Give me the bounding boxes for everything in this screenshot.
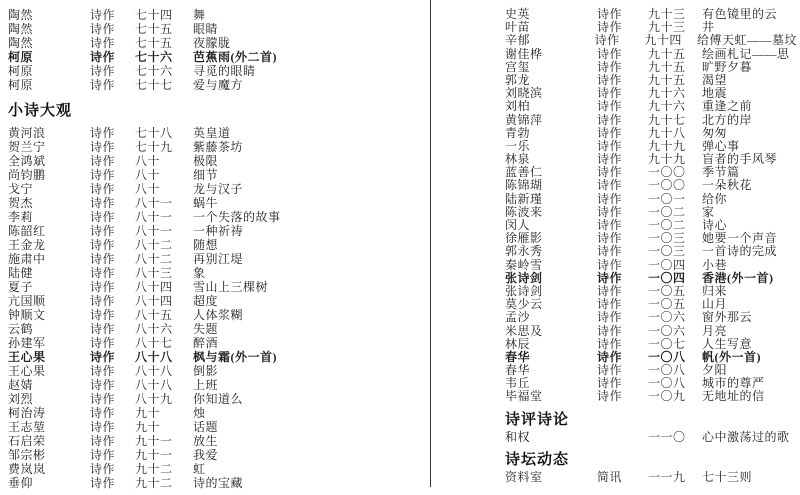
poem-title: 芭蕉雨(外二首) — [193, 50, 428, 64]
author-name: 谢佳桦 — [505, 48, 597, 61]
poem-title: 夜朦胧 — [193, 36, 428, 50]
poem-title: 枫与霜(外一首) — [193, 350, 428, 364]
column-divider — [430, 0, 431, 487]
poem-title: 有色镜里的云 — [702, 8, 797, 21]
page-number: 八十一 — [135, 210, 193, 224]
toc-row: 辛郁诗作九十四给傅天虹——墓坟 — [505, 34, 797, 47]
author-name: 钟顺文 — [8, 308, 90, 322]
author-name: 宫玺 — [505, 61, 597, 74]
page-number: 七十七 — [135, 78, 193, 92]
page-number: 八十三 — [135, 266, 193, 280]
toc-row: 王心果诗作八十八枫与霜(外一首) — [8, 350, 428, 364]
author-name: 黄河浪 — [8, 126, 90, 140]
toc-row: 谢佳桦诗作九十五绘画札记——思 — [505, 48, 797, 61]
author-name: 王金龙 — [8, 238, 90, 252]
page-number: 九十四 — [644, 34, 697, 47]
toc-row: 尚钧鹏诗作八十细节 — [8, 168, 428, 182]
genre-label: 诗作 — [597, 245, 648, 258]
poem-title: 随想 — [193, 238, 428, 252]
page-number: 七十八 — [135, 126, 193, 140]
author-name: 贺杰 — [8, 196, 90, 210]
page-number: 一〇〇 — [648, 179, 702, 192]
page-number: 七十六 — [135, 50, 193, 64]
poem-title: 龙与汉子 — [193, 182, 428, 196]
poem-title: 匆匆 — [702, 127, 797, 140]
genre-label: 诗作 — [90, 420, 135, 434]
genre-label: 诗作 — [90, 476, 135, 490]
poem-title: 眼睛 — [193, 22, 428, 36]
section-header: 小诗大观 — [8, 102, 428, 120]
author-name: 柯原 — [8, 78, 90, 92]
author-name: 林辰 — [505, 338, 597, 351]
genre-label: 诗作 — [90, 322, 135, 336]
toc-row: 戈宁诗作八十龙与汉子 — [8, 182, 428, 196]
page-number: 一〇七 — [648, 338, 702, 351]
author-name: 张诗剑 — [505, 272, 597, 285]
author-name: 辛郁 — [505, 34, 595, 47]
poem-title: 你知道么 — [193, 392, 428, 406]
toc-row: 钟顺文诗作八十五人体浆糊 — [8, 308, 428, 322]
poem-title: 诗的宝藏 — [193, 476, 428, 490]
author-name: 夏子 — [8, 280, 90, 294]
toc-row: 王志堃诗作九十话题 — [8, 420, 428, 434]
poem-title: 醉酒 — [193, 336, 428, 350]
poem-title: 雪山上三棵树 — [193, 280, 428, 294]
genre-label: 诗作 — [597, 390, 648, 403]
poem-title: 英皇道 — [193, 126, 428, 140]
toc-row: 夏子诗作八十四雪山上三棵树 — [8, 280, 428, 294]
toc-row: 陶然诗作七十五夜朦胧 — [8, 36, 428, 50]
page-number: 八十一 — [135, 196, 193, 210]
author-name: 陈锦瑚 — [505, 179, 597, 192]
toc-row: 柯原诗作七十七爱与魔方 — [8, 78, 428, 92]
section-header: 诗坛动态 — [505, 451, 797, 469]
genre-label: 诗作 — [597, 259, 648, 272]
toc-row: 刘烈诗作八十九你知道么 — [8, 392, 428, 406]
poem-title: 重逢之前 — [702, 100, 797, 113]
genre-label: 诗作 — [597, 100, 648, 113]
page-number: 九十五 — [648, 61, 702, 74]
page-number: 八十一 — [135, 224, 193, 238]
author-name: 王心果 — [8, 364, 90, 378]
page-number: 九十二 — [135, 476, 193, 490]
toc-row: 陈锦瑚诗作一〇〇一朵秋花 — [505, 179, 797, 192]
page-number: 一〇六 — [648, 311, 702, 324]
poem-title: 虹 — [193, 462, 428, 476]
toc-row: 王金龙诗作八十二随想 — [8, 238, 428, 252]
author-name: 秦岭雪 — [505, 259, 597, 272]
poem-title: 窗外那云 — [702, 311, 797, 324]
genre-label: 诗作 — [597, 311, 648, 324]
page-number: 八十九 — [135, 392, 193, 406]
page-number: 八十七 — [135, 336, 193, 350]
poem-title: 极限 — [193, 154, 428, 168]
author-name: 李莉 — [8, 210, 90, 224]
toc-row: 米思及诗作一〇六月亮 — [505, 325, 797, 338]
poem-title: 一个失落的故事 — [193, 210, 428, 224]
genre-label: 诗作 — [90, 448, 135, 462]
toc-row: 柯原诗作七十六芭蕉雨(外二首) — [8, 50, 428, 64]
poem-title: 人体浆糊 — [193, 308, 428, 322]
section-header: 诗评诗论 — [505, 411, 797, 429]
page-number: 八十八 — [135, 350, 193, 364]
toc-row: 秦岭雪诗作一〇四小巷 — [505, 259, 797, 272]
page-number: 九十六 — [648, 100, 702, 113]
toc-row: 陶然诗作七十五眼睛 — [8, 22, 428, 36]
author-name: 毕福堂 — [505, 390, 597, 403]
author-name: 亢国顺 — [8, 294, 90, 308]
poem-title: 烛 — [193, 406, 428, 420]
author-name: 石启荣 — [8, 434, 90, 448]
toc-row: 陈韶红诗作八十一一种祈祷 — [8, 224, 428, 238]
page-number: 九十 — [135, 420, 193, 434]
toc-row: 林辰诗作一〇七人生写意 — [505, 338, 797, 351]
poem-title: 无地址的信 — [702, 390, 797, 403]
author-name: 陆新瑾 — [505, 193, 597, 206]
poem-title: 一首诗的完成 — [702, 245, 797, 258]
genre-label: 简讯 — [597, 471, 648, 484]
author-name: 陶然 — [8, 22, 90, 36]
genre-label: 诗作 — [90, 406, 135, 420]
toc-row: 资料室简讯一一九七十三则 — [505, 471, 797, 484]
genre-label: 诗作 — [90, 238, 135, 252]
author-name: 米思及 — [505, 325, 597, 338]
genre-label: 诗作 — [90, 154, 135, 168]
toc-row: 柯原诗作七十六寻觅的眼睛 — [8, 64, 428, 78]
toc-row: 云鹤诗作八十六失题 — [8, 322, 428, 336]
genre-label: 诗作 — [90, 462, 135, 476]
poem-title: 象 — [193, 266, 428, 280]
page-number: 一〇一 — [648, 193, 702, 206]
poem-title: 北方的岸 — [702, 114, 797, 127]
toc-row: 垂仰诗作九十二诗的宝藏 — [8, 476, 428, 490]
author-name: 邹宗彬 — [8, 448, 90, 462]
page-number: 七十五 — [135, 22, 193, 36]
poem-title: 舞 — [193, 8, 428, 22]
page-number: 九十二 — [135, 462, 193, 476]
genre-label: 诗作 — [90, 36, 135, 50]
page-number: 八十八 — [135, 364, 193, 378]
page-number: 一〇三 — [648, 245, 702, 258]
author-name: 尚钧鹏 — [8, 168, 90, 182]
genre-label: 诗作 — [595, 34, 645, 47]
page-number: 七十六 — [135, 64, 193, 78]
genre-label: 诗作 — [597, 61, 648, 74]
page-number: 八十四 — [135, 294, 193, 308]
poem-title: 放生 — [193, 434, 428, 448]
toc-row: 王心果诗作八十八倒影 — [8, 364, 428, 378]
toc-row: 柯治涛诗作九十烛 — [8, 406, 428, 420]
genre-label: 诗作 — [90, 8, 135, 22]
contents-column-left: 陶然诗作七十四舞陶然诗作七十五眼睛陶然诗作七十五夜朦胧柯原诗作七十六芭蕉雨(外二… — [8, 8, 428, 490]
genre-label: 诗作 — [90, 210, 135, 224]
poem-title: 小巷 — [702, 259, 797, 272]
poem-title: 人生写意 — [702, 338, 797, 351]
poem-title: 一种祈祷 — [193, 224, 428, 238]
page-number: 七十九 — [135, 140, 193, 154]
page-number: 一一九 — [648, 471, 702, 484]
page-number: 一〇四 — [648, 272, 702, 285]
author-name: 柯原 — [8, 64, 90, 78]
poem-title: 上班 — [193, 378, 428, 392]
page-number: 八十八 — [135, 378, 193, 392]
toc-row: 张诗剑诗作一〇四香港(外一首) — [505, 272, 797, 285]
page-number: 七十五 — [135, 36, 193, 50]
poem-title: 绘画札记——思 — [702, 48, 797, 61]
poem-title: 细节 — [193, 168, 428, 182]
page-number: 八十 — [135, 182, 193, 196]
author-name: 陶然 — [8, 8, 90, 22]
author-name: 王心果 — [8, 350, 90, 364]
genre-label: 诗作 — [90, 50, 135, 64]
author-name: 刘烈 — [8, 392, 90, 406]
poem-title: 香港(外一首) — [702, 272, 797, 285]
toc-row: 陶然诗作七十四舞 — [8, 8, 428, 22]
toc-row: 石启荣诗作九十一放生 — [8, 434, 428, 448]
toc-row: 青勃诗作九十八匆匆 — [505, 127, 797, 140]
author-name: 贺兰宁 — [8, 140, 90, 154]
poem-title: 失题 — [193, 322, 428, 336]
genre-label: 诗作 — [90, 78, 135, 92]
page-number: 一〇六 — [648, 325, 702, 338]
genre-label: 诗作 — [90, 336, 135, 350]
author-name: 陆健 — [8, 266, 90, 280]
author-name: 云鹤 — [8, 322, 90, 336]
poem-title: 蜗牛 — [193, 196, 428, 210]
author-name: 陶然 — [8, 36, 90, 50]
genre-label: 诗作 — [90, 182, 135, 196]
genre-label: 诗作 — [90, 392, 135, 406]
genre-label: 诗作 — [90, 196, 135, 210]
author-name: 资料室 — [505, 471, 597, 484]
toc-row: 黄锦萍诗作九十七北方的岸 — [505, 114, 797, 127]
page-number: 九十五 — [648, 48, 702, 61]
genre-label: 诗作 — [90, 22, 135, 36]
author-name: 刘柏 — [505, 100, 597, 113]
toc-row: 和权一一〇心中激荡过的歌 — [505, 431, 797, 444]
toc-row: 孙建军诗作八十七醉酒 — [8, 336, 428, 350]
author-name: 陈韶红 — [8, 224, 90, 238]
genre-label: 诗作 — [597, 48, 648, 61]
genre-label: 诗作 — [90, 378, 135, 392]
author-name: 柯治涛 — [8, 406, 90, 420]
author-name: 青勃 — [505, 127, 597, 140]
genre-label: 诗作 — [90, 252, 135, 266]
toc-row: 郭永秀诗作一〇三一首诗的完成 — [505, 245, 797, 258]
page-number: 九十 — [135, 406, 193, 420]
contents-column-right: 史英诗作九十三有色镜里的云叶苗诗作九十三井辛郁诗作九十四给傅天虹——墓坟谢佳桦诗… — [505, 8, 797, 484]
author-name: 费岚岚 — [8, 462, 90, 476]
page-number: 一〇九 — [648, 390, 702, 403]
toc-document-page: { "colors": { "background": "#ffffff", "… — [0, 0, 800, 495]
page-number: 九十一 — [135, 434, 193, 448]
poem-title: 给傅天虹——墓坟 — [697, 34, 797, 47]
page-number: 八十二 — [135, 252, 193, 266]
page-number: 八十五 — [135, 308, 193, 322]
page-number: 九十八 — [648, 127, 702, 140]
poem-title: 爱与魔方 — [193, 78, 428, 92]
genre-label: 诗作 — [90, 140, 135, 154]
poem-title: 心中激荡过的歌 — [702, 431, 797, 444]
genre-label: 诗作 — [90, 266, 135, 280]
poem-title: 倒影 — [193, 364, 428, 378]
genre-label — [597, 431, 648, 444]
poem-title: 超度 — [193, 294, 428, 308]
genre-label: 诗作 — [90, 126, 135, 140]
page-number: 九十一 — [135, 448, 193, 462]
genre-label: 诗作 — [90, 294, 135, 308]
page-number: 八十六 — [135, 322, 193, 336]
author-name: 垂仰 — [8, 476, 90, 490]
toc-row: 宫玺诗作九十五旷野夕暮 — [505, 61, 797, 74]
author-name: 赵婧 — [8, 378, 90, 392]
toc-row: 李莉诗作八十一一个失落的故事 — [8, 210, 428, 224]
poem-title: 寻觅的眼睛 — [193, 64, 428, 78]
author-name: 和权 — [505, 431, 597, 444]
poem-title: 话题 — [193, 420, 428, 434]
poem-title: 一朵秋花 — [702, 179, 797, 192]
genre-label: 诗作 — [597, 179, 648, 192]
toc-row: 全鸿斌诗作八十极限 — [8, 154, 428, 168]
genre-label: 诗作 — [90, 308, 135, 322]
genre-label: 诗作 — [90, 364, 135, 378]
genre-label: 诗作 — [597, 325, 648, 338]
page-number: 八十 — [135, 168, 193, 182]
author-name: 王志堃 — [8, 420, 90, 434]
genre-label: 诗作 — [90, 224, 135, 238]
author-name: 孙建军 — [8, 336, 90, 350]
genre-label: 诗作 — [90, 64, 135, 78]
author-name: 郭永秀 — [505, 245, 597, 258]
author-name: 柯原 — [8, 50, 90, 64]
author-name: 施肃中 — [8, 252, 90, 266]
genre-label: 诗作 — [90, 434, 135, 448]
page-number: 八十二 — [135, 238, 193, 252]
page-number: 一〇四 — [648, 259, 702, 272]
poem-title: 旷野夕暮 — [702, 61, 797, 74]
author-name: 戈宁 — [8, 182, 90, 196]
genre-label: 诗作 — [597, 272, 648, 285]
poem-title: 我爱 — [193, 448, 428, 462]
page-number: 八十 — [135, 154, 193, 168]
genre-label: 诗作 — [597, 127, 648, 140]
poem-title: 月亮 — [702, 325, 797, 338]
toc-row: 刘柏诗作九十六重逢之前 — [505, 100, 797, 113]
poem-title: 紫藤茶坊 — [193, 140, 428, 154]
genre-label: 诗作 — [597, 338, 648, 351]
page-number: 八十四 — [135, 280, 193, 294]
page-number: 一一〇 — [648, 431, 702, 444]
page-number: 七十四 — [135, 8, 193, 22]
toc-row: 施肃中诗作八十二再别江堤 — [8, 252, 428, 266]
toc-row: 孟沙诗作一〇六窗外那云 — [505, 311, 797, 324]
toc-row: 陆健诗作八十三象 — [8, 266, 428, 280]
toc-row: 亢国顺诗作八十四超度 — [8, 294, 428, 308]
genre-label: 诗作 — [597, 193, 648, 206]
genre-label: 诗作 — [90, 280, 135, 294]
toc-row: 黄河浪诗作七十八英皇道 — [8, 126, 428, 140]
author-name: 孟沙 — [505, 311, 597, 324]
toc-row: 贺兰宁诗作七十九紫藤茶坊 — [8, 140, 428, 154]
toc-row: 贺杰诗作八十一蜗牛 — [8, 196, 428, 210]
toc-row: 陆新瑾诗作一〇一给你 — [505, 193, 797, 206]
poem-title: 再别江堤 — [193, 252, 428, 266]
poem-title: 给你 — [702, 193, 797, 206]
toc-row: 毕福堂诗作一〇九无地址的信 — [505, 390, 797, 403]
genre-label: 诗作 — [597, 114, 648, 127]
page-number: 九十七 — [648, 114, 702, 127]
genre-label: 诗作 — [90, 168, 135, 182]
toc-row: 费岚岚诗作九十二虹 — [8, 462, 428, 476]
author-name: 全鸿斌 — [8, 154, 90, 168]
poem-title: 七十三则 — [702, 471, 797, 484]
genre-label: 诗作 — [90, 350, 135, 364]
toc-row: 赵婧诗作八十八上班 — [8, 378, 428, 392]
author-name: 黄锦萍 — [505, 114, 597, 127]
toc-row: 邹宗彬诗作九十一我爱 — [8, 448, 428, 462]
